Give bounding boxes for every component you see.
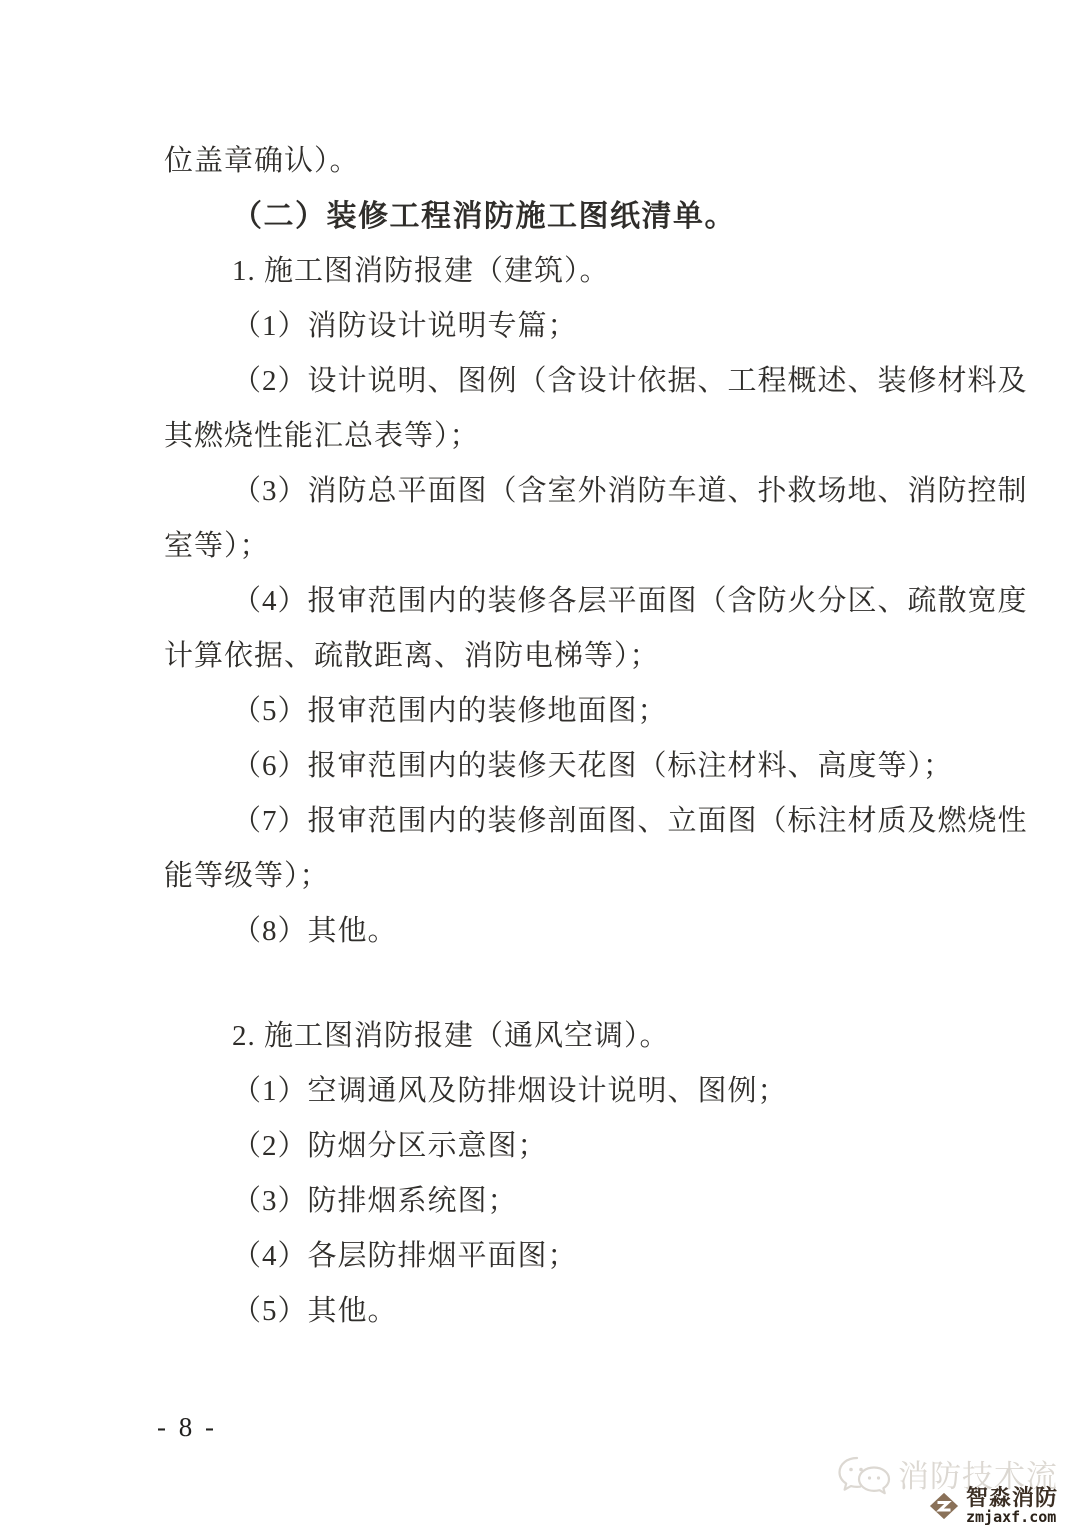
list-item: （4）各层防排烟平面图； [164, 1229, 1016, 1284]
list-item: （3）防排烟系统图； [164, 1174, 1016, 1229]
zhimiao-logo: 智淼消防 zmjaxf.com [927, 1487, 1058, 1525]
zhimiao-diamond-icon [927, 1490, 961, 1522]
list-item: （5）其他。 [164, 1284, 1016, 1339]
document-page: 位盖章确认）。 （二）装修工程消防施工图纸清单。 1. 施工图消防报建（建筑）。… [0, 0, 1080, 1527]
list-item: （2）设计说明、图例（含设计依据、工程概述、装修材料及 [164, 354, 1016, 409]
page-number: - 8 - [157, 1412, 217, 1443]
list-item-continuation: 室等）； [164, 519, 1016, 574]
subsection-1-title: 1. 施工图消防报建（建筑）。 [164, 244, 1016, 299]
wechat-chat-bubbles-icon [836, 1455, 892, 1497]
corner-watermarks: 消防技术流 智淼消防 zmjaxf.com [836, 1455, 1058, 1525]
body-text-line: 位盖章确认）。 [164, 134, 1016, 189]
list-item: （5）报审范围内的装修地面图； [164, 684, 1016, 739]
list-item-continuation: 计算依据、疏散距离、消防电梯等）； [164, 629, 1016, 684]
brand-name: 智淼消防 [966, 1487, 1058, 1509]
list-item: （6）报审范围内的装修天花图（标注材料、高度等）； [164, 739, 1016, 794]
list-item-continuation: 能等级等）； [164, 849, 1016, 904]
list-item: （3）消防总平面图（含室外消防车道、扑救场地、消防控制 [164, 464, 1016, 519]
subsection-2-title: 2. 施工图消防报建（通风空调）。 [164, 1009, 1016, 1064]
list-item: （7）报审范围内的装修剖面图、立面图（标注材质及燃烧性 [164, 794, 1016, 849]
list-item: （4）报审范围内的装修各层平面图（含防火分区、疏散宽度 [164, 574, 1016, 629]
brand-site: zmjaxf.com [966, 1510, 1056, 1525]
document-body: 位盖章确认）。 （二）装修工程消防施工图纸清单。 1. 施工图消防报建（建筑）。… [164, 134, 1016, 1339]
list-item: （2）防烟分区示意图； [164, 1119, 1016, 1174]
list-item-continuation: 其燃烧性能汇总表等）； [164, 409, 1016, 464]
section-heading: （二）装修工程消防施工图纸清单。 [164, 189, 1016, 244]
list-item: （1）空调通风及防排烟设计说明、图例； [164, 1064, 1016, 1119]
list-item: （8）其他。 [164, 904, 1016, 959]
list-item: （1）消防设计说明专篇； [164, 299, 1016, 354]
